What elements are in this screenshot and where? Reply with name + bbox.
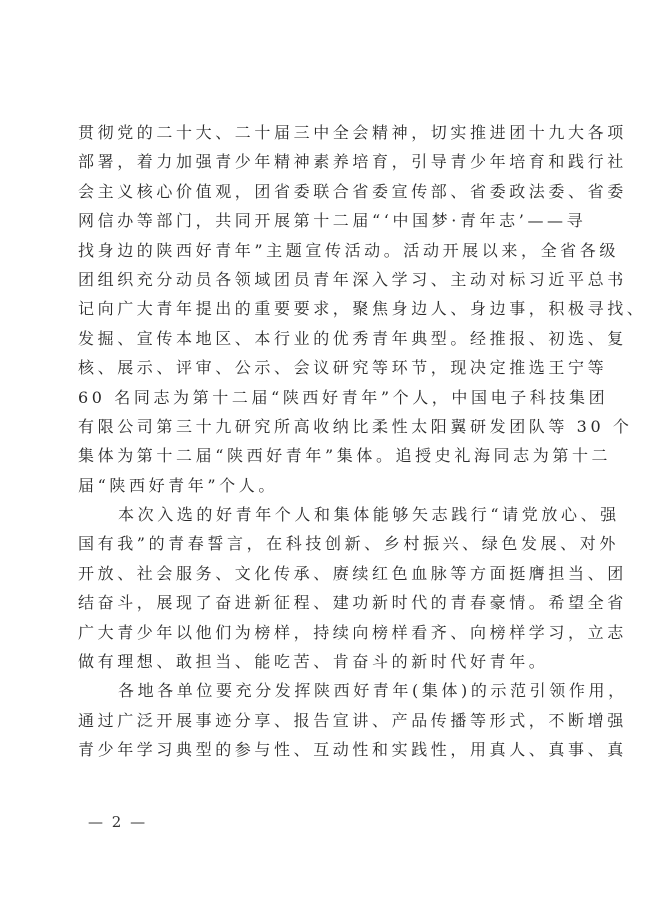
text-line: 青少年学习典型的参与性、互动性和实践性，用真人、真事、真: [78, 735, 570, 764]
text-line: 找身边的陕西好青年”主题宣传活动。活动开展以来，全省各级: [78, 236, 570, 265]
text-line: 团组织充分动员各领域团员青年深入学习、主动对标习近平总书: [78, 265, 570, 294]
text-line: 结奋斗，展现了奋进新征程、建功新时代的青春豪情。希望全省: [78, 588, 570, 617]
text-line: 本次入选的好青年个人和集体能够矢志践行“请党放心、强: [78, 500, 570, 529]
paragraph-1: 贯彻党的二十大、二十届三中全会精神，切实推进团十九大各项 部署，着力加强青少年精…: [78, 118, 570, 500]
text-line: 发掘、宣传本地区、本行业的优秀青年典型。经推报、初选、复: [78, 324, 570, 353]
text-line: 国有我”的青春誓言，在科技创新、乡村振兴、绿色发展、对外: [78, 529, 570, 558]
text-line: 有限公司第三十九研究所高收纳比柔性太阳翼研发团队等 30 个: [78, 412, 570, 441]
text-line: 贯彻党的二十大、二十届三中全会精神，切实推进团十九大各项: [78, 118, 570, 147]
text-line: 做有理想、敢担当、能吃苦、肯奋斗的新时代好青年。: [78, 647, 570, 676]
text-line: 集体为第十二届“陕西好青年”集体。追授史礼海同志为第十二: [78, 441, 570, 470]
text-line: 广大青少年以他们为榜样，持续向榜样看齐、向榜样学习，立志: [78, 618, 570, 647]
text-line: 届“陕西好青年”个人。: [78, 471, 570, 500]
text-line: 核、展示、评审、公示、会议研究等环节，现决定推选王宁等: [78, 353, 570, 382]
text-line: 60 名同志为第十二届“陕西好青年”个人，中国电子科技集团: [78, 383, 570, 412]
body-text: 贯彻党的二十大、二十届三中全会精神，切实推进团十九大各项 部署，着力加强青少年精…: [78, 118, 570, 765]
text-line: 网信办等部门，共同开展第十二届“‘中国梦·青年志’——寻: [78, 206, 570, 235]
text-line: 通过广泛开展事迹分享、报告宣讲、产品传播等形式，不断增强: [78, 706, 570, 735]
text-line: 部署，着力加强青少年精神素养培育，引导青少年培育和践行社: [78, 147, 570, 176]
paragraph-3: 各地各单位要充分发挥陕西好青年(集体)的示范引领作用， 通过广泛开展事迹分享、报…: [78, 676, 570, 764]
page-number: — 2 —: [88, 813, 147, 831]
paragraph-2: 本次入选的好青年个人和集体能够矢志践行“请党放心、强 国有我”的青春誓言，在科技…: [78, 500, 570, 676]
text-line: 开放、社会服务、文化传承、赓续红色血脉等方面挺膺担当、团: [78, 559, 570, 588]
document-page: 贯彻党的二十大、二十届三中全会精神，切实推进团十九大各项 部署，着力加强青少年精…: [0, 0, 650, 920]
text-line: 记向广大青年提出的重要要求，聚焦身边人、身边事，积极寻找、: [78, 294, 570, 323]
text-line: 各地各单位要充分发挥陕西好青年(集体)的示范引领作用，: [78, 676, 570, 705]
text-line: 会主义核心价值观，团省委联合省委宣传部、省委政法委、省委: [78, 177, 570, 206]
